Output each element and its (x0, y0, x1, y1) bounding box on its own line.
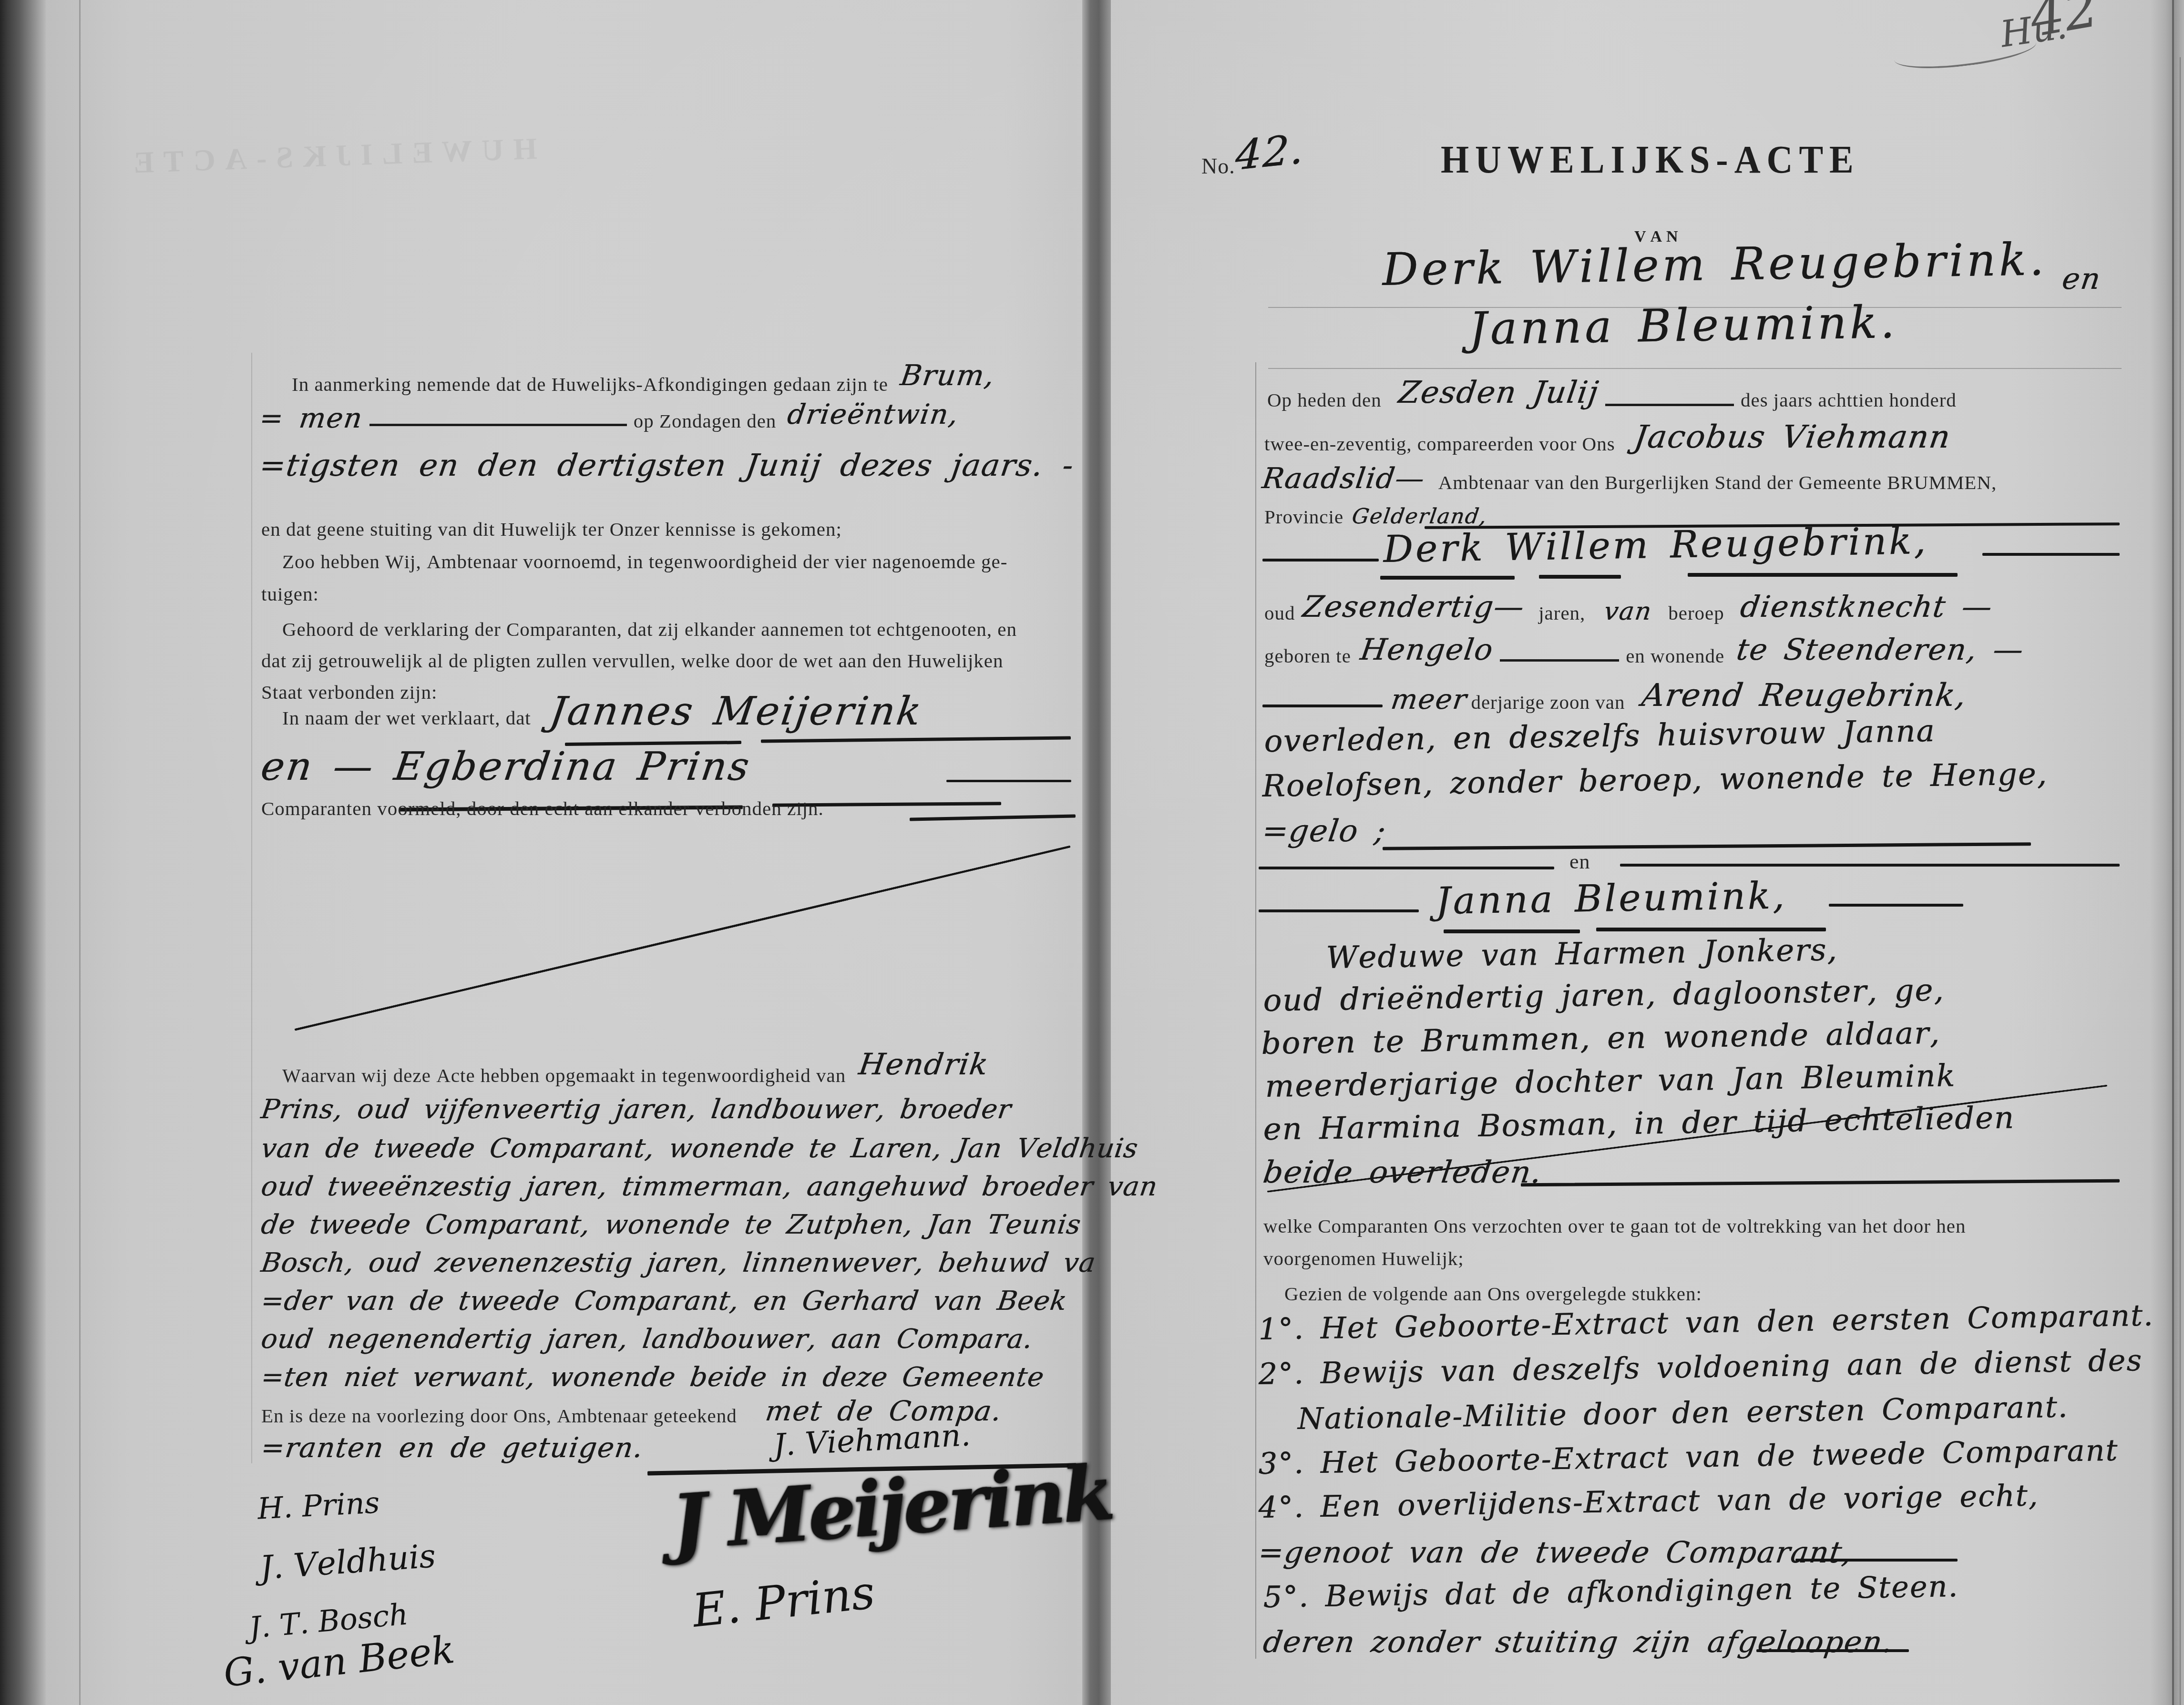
right-line-bride-daughter: meerderjarige dochter van Jan Bleumink (1265, 1061, 1956, 1102)
binding-edge (0, 0, 46, 1705)
fill-line (1500, 659, 1619, 662)
act-number-value: 42. (1235, 125, 1305, 180)
signature-bride: E. Prins (690, 1569, 877, 1634)
printed-text: jaren, (1538, 603, 1585, 623)
fill-line (369, 424, 627, 426)
printed-text: En is deze na voorlezing door Ons, Ambte… (261, 1406, 737, 1426)
document-item-2b: Nationale-Militie door den eersten Compa… (1297, 1392, 2069, 1434)
divider-en: en (1569, 849, 1590, 874)
right-page-edge (2150, 0, 2184, 1705)
handwritten-meer: meer (1389, 685, 1469, 713)
ghost-title-bleedthrough: HUWELIJKS-ACTE (123, 131, 538, 181)
right-line-gezien: Gezien de volgende aan Ons overgelegde s… (1284, 1284, 1702, 1304)
right-line-age: oud Zesendertig— jaren, van beroep diens… (1264, 595, 1992, 624)
printed-text: beroep (1668, 603, 1724, 623)
handwritten-date: Zesden Julij (1396, 378, 1600, 408)
document-item-1: 1°. Het Geboorte-Extract van den eersten… (1258, 1301, 2154, 1344)
right-line-parents-1: overleden, en deszelfs huisvrouw Janna (1264, 716, 1936, 757)
header-en: en (2060, 261, 2103, 296)
printed-text: op Zondagen den (634, 411, 777, 431)
right-line-huwelijk: voorgenomen Huwelijk; (1263, 1249, 1464, 1268)
witness-text-line: Prins, oud vijfenveertig jaren, landbouw… (259, 1096, 1013, 1123)
act-title: HUWELIJKS-ACTE (1441, 138, 1860, 183)
witness-text-line: Bosch, oud zevenenzestig jaren, linnenwe… (259, 1250, 1097, 1276)
age-handwritten: Zesendertig— (1301, 592, 1526, 622)
printed-text: Ambtenaar van den Burgerlijken Stand der… (1438, 473, 1997, 492)
underline-segment (1596, 928, 1826, 931)
right-line-bride-born: boren te Brummen, en wonende aldaar, (1261, 1018, 1940, 1059)
printed-text: In aanmerking nemende dat de Huwelijks-A… (292, 375, 888, 394)
groom-name-handwritten: Jannes Meijerink (547, 692, 925, 731)
left-line-zondagen: = men op Zondagen den drieëntwin, (260, 404, 1070, 432)
fill-line (1605, 404, 1734, 406)
province-handwritten: Gelderland, (1351, 506, 1488, 527)
printed-text: Provincie (1264, 507, 1343, 527)
underline-segment (1539, 575, 1621, 579)
right-line-compareerden: twee-en-zeventig, compareerden voor Ons … (1264, 424, 1950, 456)
document-item-3: 3°. Het Geboorte-Extract van de tweede C… (1258, 1436, 2119, 1479)
signature-official: J. Viehmann. (773, 1420, 972, 1461)
header-groom-name: Derk Willem Reugebrink. (1382, 234, 2047, 296)
document-item-4a: 4°. Een overlijdens-Extract van de vorig… (1258, 1480, 2039, 1522)
trailing-dash (1756, 1649, 1909, 1652)
dash-segment (1262, 559, 1379, 562)
document-item-2a: 2°. Bewijs van deszelfs voldoening aan d… (1258, 1346, 2143, 1389)
dash-segment (1259, 909, 1419, 912)
handwritten-date-part: drieëntwin, (786, 400, 961, 428)
witness-text-line: van de tweede Comparant, wonende te Lare… (259, 1135, 1139, 1162)
underline-segment (1688, 573, 1958, 577)
divider-line-right (1620, 864, 2120, 867)
document-item-5b: deren zonder stuiting zijn afgeloopen. (1261, 1627, 1895, 1657)
left-line-pligten: dat zij getrouwelijk al de pligten zulle… (261, 651, 1004, 671)
page-stack-line (2172, 0, 2174, 1705)
printed-text: des jaars achttien honderd (1741, 390, 1957, 410)
divider-line-left (1259, 867, 1554, 869)
printed-text: oud (1264, 603, 1295, 623)
trailing-dash (946, 780, 1071, 782)
left-line-afkondigingen: In aanmerking nemende dat de Huwelijks-A… (292, 367, 995, 396)
signature-witness-1: H. Prins (257, 1488, 380, 1523)
witness-name-handwritten: Hendrik (857, 1050, 991, 1079)
left-line-getuigen: =ranten en de getuigen. (259, 1434, 646, 1461)
witness-text-line: oud tweeënzestig jaren, timmerman, aange… (259, 1174, 1159, 1200)
bride-section-name: Janna Bleumink, (1435, 874, 1787, 923)
printed-text: Waarvan wij deze Acte hebben opgemaakt i… (282, 1066, 846, 1085)
official-name-handwritten: Jacobus Viehmann (1632, 421, 1953, 453)
dash-segment (1262, 704, 1383, 707)
right-line-son-of: meer derjarige zoon van Arend Reugebrink… (1391, 683, 1967, 714)
left-line-dertigsten: =tigsten en den dertigsten Junij dezes j… (258, 450, 1076, 481)
right-line-provincie: Provincie Gelderland, (1264, 506, 1487, 527)
right-page-margin-rule (1255, 362, 1256, 1659)
printed-text: derjarige zoon van (1471, 693, 1625, 712)
witness-text-line: =der van de tweede Comparant, en Gerhard… (259, 1288, 1069, 1315)
trailing-line (910, 814, 1076, 821)
left-line-waarvan: Waarvan wij deze Acte hebben opgemaakt i… (282, 1057, 989, 1087)
left-line-stuiting: en dat geene stuiting van dit Huwelijk t… (261, 520, 842, 539)
handwritten-van: van (1603, 599, 1654, 624)
witness-text-line: oud negenendertig jaren, landbouwer, aan… (259, 1326, 1035, 1353)
dash-segment (1982, 553, 2120, 556)
printed-text: Op heden den (1267, 390, 1382, 410)
right-line-parents-2: Roelofsen, zonder beroep, wonende te Hen… (1262, 759, 2048, 802)
left-line-verklaart: In naam der wet verklaart, dat Jannes Me… (282, 692, 922, 731)
right-line-raadslid: Raadslid— Ambtenaar van den Burgerlijken… (1262, 465, 1997, 494)
occupation-handwritten: dienstknecht — (1738, 592, 1994, 622)
document-scan: HUWELIJKS-ACTE 42 Hu. In aanmerking neme… (0, 0, 2184, 1705)
closing-line (1383, 842, 2031, 850)
right-line-born: geboren te Hengelo en wonende te Steende… (1264, 638, 2024, 667)
crease-line (79, 0, 81, 1705)
handwritten-men: = men (258, 404, 365, 432)
residence-handwritten: te Steenderen, — (1735, 635, 2026, 664)
printed-text: en wonende (1626, 646, 1724, 666)
left-line-verbonden: Comparanten voormeld, door den echt aan … (261, 799, 824, 818)
handwritten-place: Brum, (899, 361, 997, 390)
underline-segment (1444, 929, 1580, 933)
closing-line (1521, 1179, 2120, 1187)
father-name-handwritten: Arend Reugebrink, (1640, 680, 1969, 711)
left-line-gehoord: Gehoord de verklaring der Comparanten, d… (282, 620, 1017, 639)
printed-text: In naam der wet verklaart, dat (282, 708, 531, 728)
underline-segment (761, 736, 1071, 743)
ruled-line (1268, 368, 2122, 369)
left-page-margin-rule (251, 353, 252, 1463)
trailing-dash (1795, 1559, 1958, 1562)
left-line-bride-name: en — Egberdina Prins (258, 747, 753, 786)
document-item-5a: 5°. Bewijs dat de afkondigingen te Steen… (1263, 1572, 1958, 1612)
corner-initials: Hu. (1998, 4, 2069, 56)
right-line-bride-parents: en Harmina Bosman, in der tijd echtelied… (1263, 1103, 2015, 1145)
dash-segment (1829, 904, 1963, 907)
document-item-4b: =genoot van de tweede Comparant, (1257, 1538, 1855, 1567)
right-line-bride-age: oud drieëndertig jaren, dagloonster, ge, (1263, 975, 1945, 1016)
witness-text-line: de tweede Comparant, wonende te Zutphen,… (259, 1212, 1083, 1238)
printed-text: geboren te (1264, 646, 1351, 666)
left-line-zoo-hebben: Zoo hebben Wij, Ambtenaar voornoemd, in … (282, 552, 1007, 572)
right-line-widow: Weduwe van Harmen Jonkers, (1326, 935, 1838, 973)
official-title-handwritten: Raadslid— (1261, 464, 1427, 493)
act-number-label: No. (1201, 153, 1235, 179)
signature-witness-2: J. Veldhuis (259, 1540, 437, 1585)
right-line-verzochten: welke Comparanten Ons verzochten over te… (1263, 1216, 1966, 1236)
printed-text: twee-en-zeventig, compareerden voor Ons (1264, 434, 1615, 454)
witness-text-line: =ten niet verwant, wonende beide in deze… (259, 1364, 1046, 1391)
underline-segment (1380, 576, 1515, 580)
header-bride-name: Janna Bleumink. (1468, 296, 1898, 355)
groom-section-name: Derk Willem Reugebrink, (1383, 520, 1928, 571)
right-line-gelo: =gelo ; (1261, 816, 1388, 847)
left-line-tuigen: tuigen: (261, 584, 319, 604)
diagonal-void-line-left (294, 845, 1070, 1031)
birthplace-handwritten: Hengelo (1359, 635, 1496, 664)
right-line-op-heden: Op heden den Zesden Julij des jaars acht… (1267, 381, 1957, 412)
page-stack-line-2 (2180, 57, 2181, 1705)
